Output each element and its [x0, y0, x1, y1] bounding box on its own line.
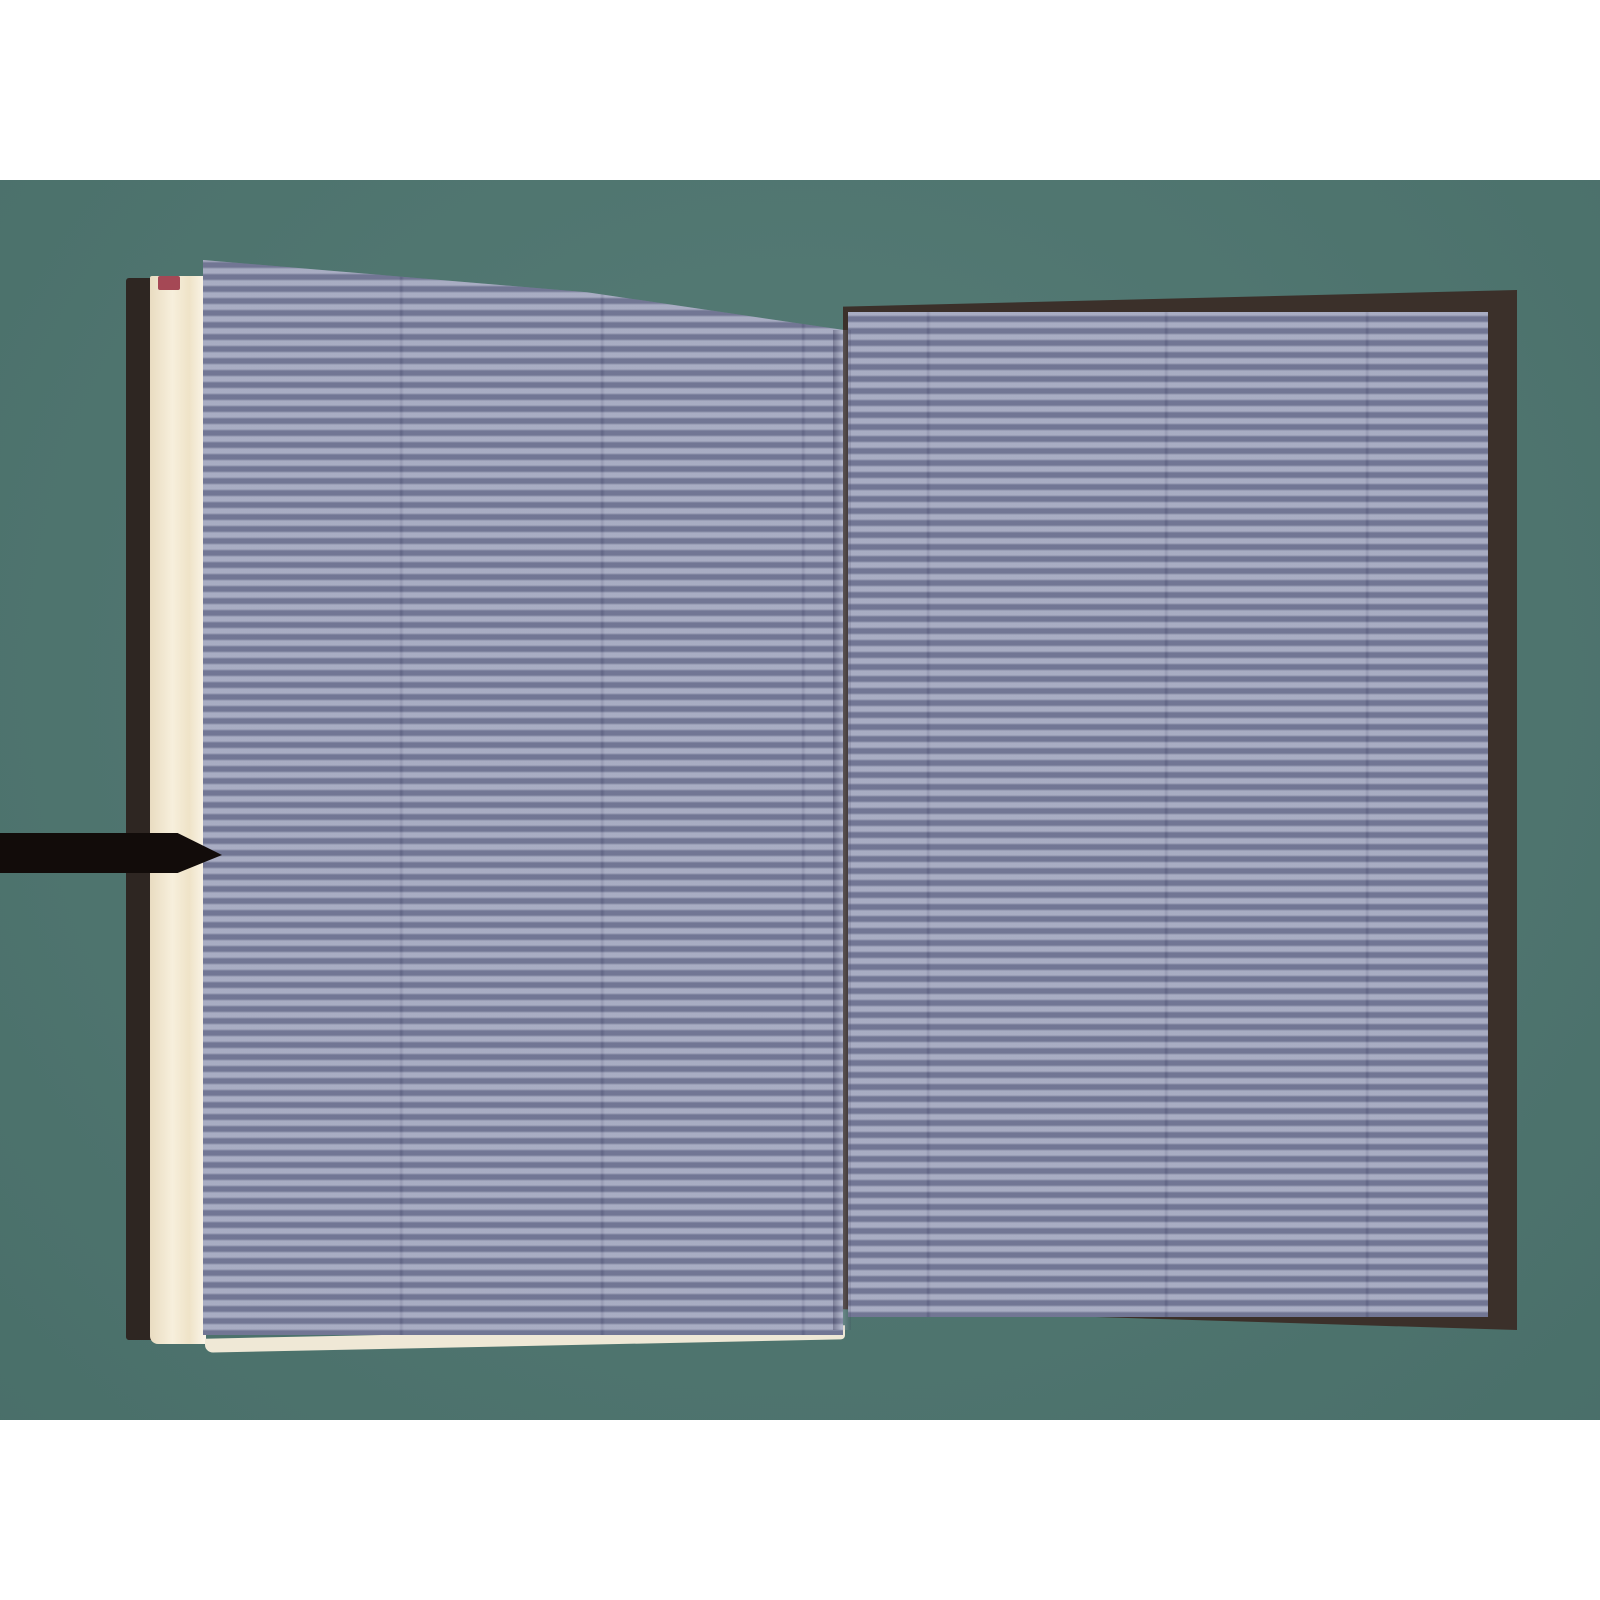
left-endpaper [203, 260, 843, 1335]
right-endpaper [848, 312, 1488, 1317]
ribbon-bookmark [0, 833, 222, 873]
page-edges [150, 276, 206, 1344]
book-gutter [833, 330, 851, 1330]
